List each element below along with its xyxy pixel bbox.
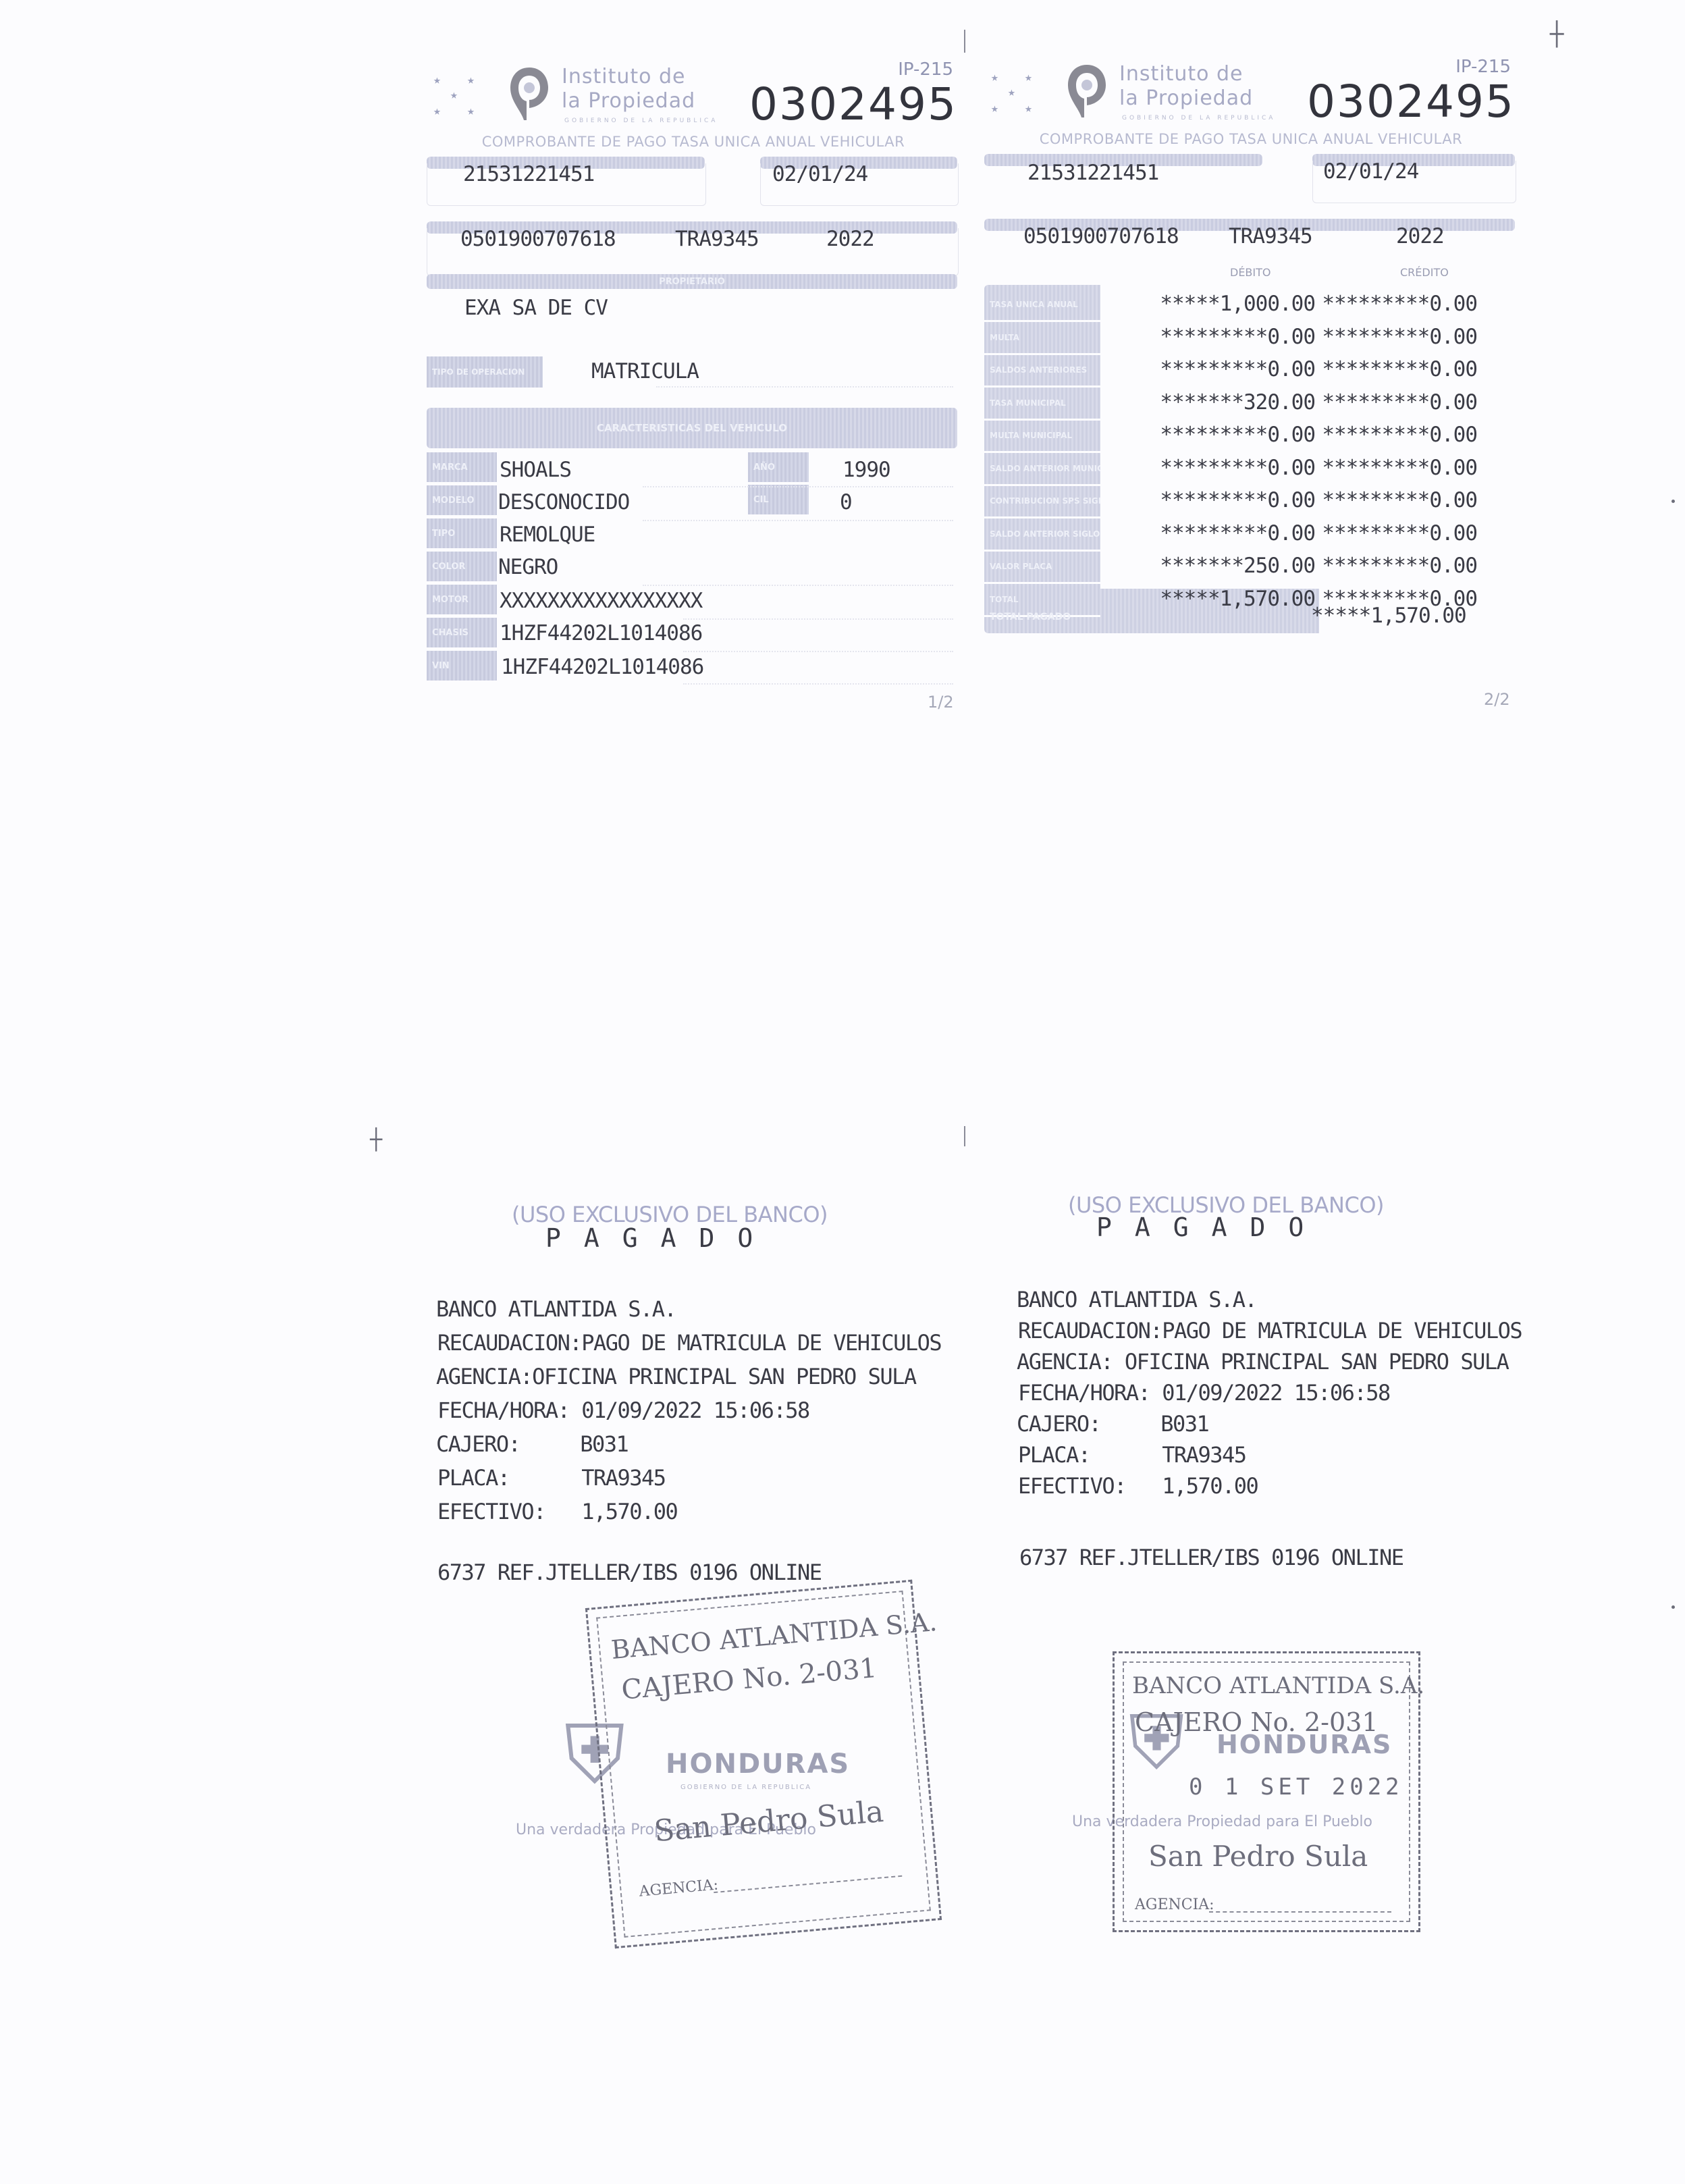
charge-credit: *********0.00 — [1315, 390, 1477, 415]
crop-mark-icon: ┼ — [370, 1129, 382, 1152]
reference-line: 6737 REF.JTELLER/IBS 0196 ONLINE — [1019, 1545, 1403, 1570]
charge-label: VALOR PLACA — [984, 552, 1100, 581]
vehicle-year: 1990 — [842, 458, 890, 482]
agency-line: AGENCIA: OFICINA PRINCIPAL SAN PEDRO SUL… — [1017, 1349, 1508, 1375]
plate-line: PLACA: TRA9345 — [437, 1465, 666, 1491]
ip-logo-pin-icon — [508, 66, 551, 122]
charge-label: TASA MUNICIPAL — [984, 389, 1100, 417]
owner-label: PROPIETARIO — [427, 274, 957, 289]
receipt-page-2: ★★ ★ ★★ Instituto de la Propiedad GOBIER… — [984, 51, 1518, 726]
crop-mark-icon: ┼ — [1550, 23, 1563, 46]
agency-line: AGENCIA:OFICINA PRINCIPAL SAN PEDRO SULA — [436, 1364, 916, 1389]
cash-line: EFECTIVO: 1,570.00 — [437, 1499, 677, 1524]
form-code: IP-215 — [898, 59, 953, 80]
vehicle-label-chasis: CHASIS — [427, 618, 497, 647]
vehicle-engine: XXXXXXXXXXXXXXXXX — [500, 589, 702, 613]
vehicle-section-header: CARACTERISTICAS DEL VEHICULO — [427, 408, 957, 448]
stamp-city: San Pedro Sula — [1148, 1840, 1368, 1873]
charge-label: SALDOS ANTERIORES — [984, 356, 1100, 384]
vehicle-make: SHOALS — [500, 458, 571, 482]
cut-mark — [964, 30, 965, 53]
operation-type-label: TIPO DE OPERACION — [427, 356, 543, 388]
serial-number: 0302495 — [749, 78, 957, 130]
total-paid-value: *****1,570.00 — [1311, 604, 1466, 628]
account-number: 21531221451 — [1027, 161, 1158, 185]
vehicle-color: NEGRO — [498, 555, 558, 579]
bank-name-line: BANCO ATLANTIDA S.A. — [1017, 1287, 1256, 1312]
charge-label: CONTRIBUCION SPS SIGLO XXI — [984, 487, 1100, 515]
plate-number: TRA9345 — [675, 227, 759, 251]
year-label: AÑO — [748, 452, 809, 482]
operation-type: MATRICULA — [591, 359, 699, 383]
ip-logo-pin-icon — [1065, 63, 1108, 119]
account-number: 21531221451 — [463, 162, 594, 186]
cashier-line: CAJERO: B031 — [1017, 1411, 1208, 1437]
cashier-line: CAJERO: B031 — [436, 1431, 628, 1457]
document-title: COMPROBANTE DE PAGO TASA UNICA ANUAL VEH… — [984, 131, 1518, 147]
stars-icon: ★★ ★ ★★ — [427, 69, 501, 123]
charge-label: MULTA MUNICIPAL — [984, 421, 1100, 450]
charge-debit: *********0.00 — [1153, 488, 1315, 512]
charge-debit: *********0.00 — [1153, 456, 1315, 480]
receipt-page-1: ★★ ★ ★★ Instituto de la Propiedad GOBIER… — [427, 54, 960, 729]
datetime-line: FECHA/HORA: 01/09/2022 15:06:58 — [437, 1397, 809, 1423]
vehicle-vin: 1HZF44202L1014086 — [501, 655, 703, 679]
bank-slip-1: (USO EXCLUSIVO DEL BANCO) PAGADO BANCO A… — [432, 1202, 972, 1931]
page-number: 2/2 — [1484, 690, 1510, 709]
stamp-cashier: CAJERO No. 2-031 — [1135, 1707, 1379, 1737]
charge-credit: *********0.00 — [1315, 456, 1477, 480]
charge-credit: *********0.00 — [1315, 357, 1477, 381]
stamp-date: 0 1 SET 2022 — [1189, 1774, 1403, 1801]
logo-wordmark: Instituto de la Propiedad — [562, 65, 695, 113]
vehicle-label-marca: MARCA — [427, 452, 497, 482]
logo-wordmark: Instituto de la Propiedad — [1119, 62, 1253, 111]
plate-number: TRA9345 — [1229, 224, 1312, 248]
stamp-bank: BANCO ATLANTIDA S.A. — [1132, 1672, 1424, 1699]
charge-label: TASA UNICA ANUAL — [984, 290, 1100, 319]
charge-label: MULTA — [984, 323, 1100, 352]
collection-line: RECAUDACION:PAGO DE MATRICULA DE VEHICUL… — [1018, 1318, 1522, 1343]
rtn-number: 0501900707618 — [1023, 224, 1179, 248]
paid-status: PAGADO — [1096, 1213, 1327, 1242]
vehicle-label-vin: VIN — [427, 651, 497, 681]
charge-credit: *********0.00 — [1315, 521, 1477, 545]
vehicle-model: DESCONOCIDO — [498, 490, 629, 514]
charge-credit: *********0.00 — [1315, 423, 1477, 447]
stars-icon: ★★ ★ ★★ — [984, 66, 1059, 120]
vehicle-cylinders: 0 — [840, 490, 852, 514]
vehicle-chassis: 1HZF44202L1014086 — [500, 621, 702, 645]
charge-credit: *********0.00 — [1315, 292, 1477, 316]
document-title: COMPROBANTE DE PAGO TASA UNICA ANUAL VEH… — [427, 134, 960, 150]
charge-debit: *********0.00 — [1153, 423, 1315, 447]
vehicle-label-tipo: TIPO — [427, 518, 497, 548]
debit-header: DÉBITO — [1230, 266, 1271, 279]
bank-name-line: BANCO ATLANTIDA S.A. — [436, 1296, 676, 1322]
credit-header: CRÉDITO — [1400, 266, 1449, 279]
stamp-agency: AGENCIA: — [1135, 1896, 1214, 1913]
vehicle-type: REMOLQUE — [500, 523, 595, 547]
plate-line: PLACA: TRA9345 — [1018, 1442, 1246, 1468]
paid-status: PAGADO — [545, 1223, 776, 1253]
charge-credit: *********0.00 — [1315, 325, 1477, 349]
owner-name: EXA SA DE CV — [464, 296, 608, 320]
charge-debit: *********0.00 — [1153, 357, 1315, 381]
vehicle-label-color: COLOR — [427, 552, 497, 581]
total-paid-label: TOTAL PAGADO — [984, 604, 1100, 631]
charge-debit: *****1,570.00 — [1153, 587, 1315, 611]
bank-slip-2: (USO EXCLUSIVO DEL BANCO) PAGADO BANCO A… — [1010, 1192, 1550, 1935]
cylinders-label: CIL — [748, 485, 809, 514]
serial-number: 0302495 — [1307, 76, 1515, 128]
cash-line: EFECTIVO: 1,570.00 — [1018, 1473, 1258, 1499]
cut-mark — [964, 1126, 965, 1146]
cashier-stamp: BANCO ATLANTIDA S.A. CAJERO No. 2-031 0 … — [1113, 1651, 1420, 1932]
fiscal-year: 2022 — [826, 227, 874, 251]
charge-debit: *******250.00 — [1153, 554, 1315, 578]
charge-debit: *******320.00 — [1153, 390, 1315, 415]
charge-debit: *********0.00 — [1153, 521, 1315, 545]
charge-label: SALDO ANTERIOR SIGLO XXI — [984, 520, 1100, 548]
cashier-stamp: BANCO ATLANTIDA S.A. CAJERO No. 2-031 Sa… — [585, 1580, 942, 1948]
charge-debit: *********0.00 — [1153, 325, 1315, 349]
form-code: IP-215 — [1455, 57, 1511, 77]
charge-label: SALDO ANTERIOR MUNICIPAL — [984, 454, 1100, 483]
reference-line: 6737 REF.JTELLER/IBS 0196 ONLINE — [437, 1560, 822, 1585]
logo-subtitle: GOBIERNO DE LA REPUBLICA — [564, 117, 718, 124]
vehicle-label-modelo: MODELO — [427, 485, 497, 515]
charge-credit: *********0.00 — [1315, 554, 1477, 578]
datetime-line: FECHA/HORA: 01/09/2022 15:06:58 — [1018, 1380, 1390, 1406]
logo-subtitle: GOBIERNO DE LA REPUBLICA — [1122, 115, 1275, 122]
fiscal-year: 2022 — [1396, 224, 1444, 248]
issue-date: 02/01/24 — [772, 162, 867, 186]
vehicle-label-motor: MOTOR — [427, 585, 497, 614]
issue-date: 02/01/24 — [1323, 159, 1418, 184]
page-number: 1/2 — [928, 693, 954, 712]
charge-credit: *********0.00 — [1315, 488, 1477, 512]
collection-line: RECAUDACION:PAGO DE MATRICULA DE VEHICUL… — [437, 1330, 941, 1356]
rtn-number: 0501900707618 — [460, 227, 616, 251]
charge-debit: *****1,000.00 — [1153, 292, 1315, 316]
